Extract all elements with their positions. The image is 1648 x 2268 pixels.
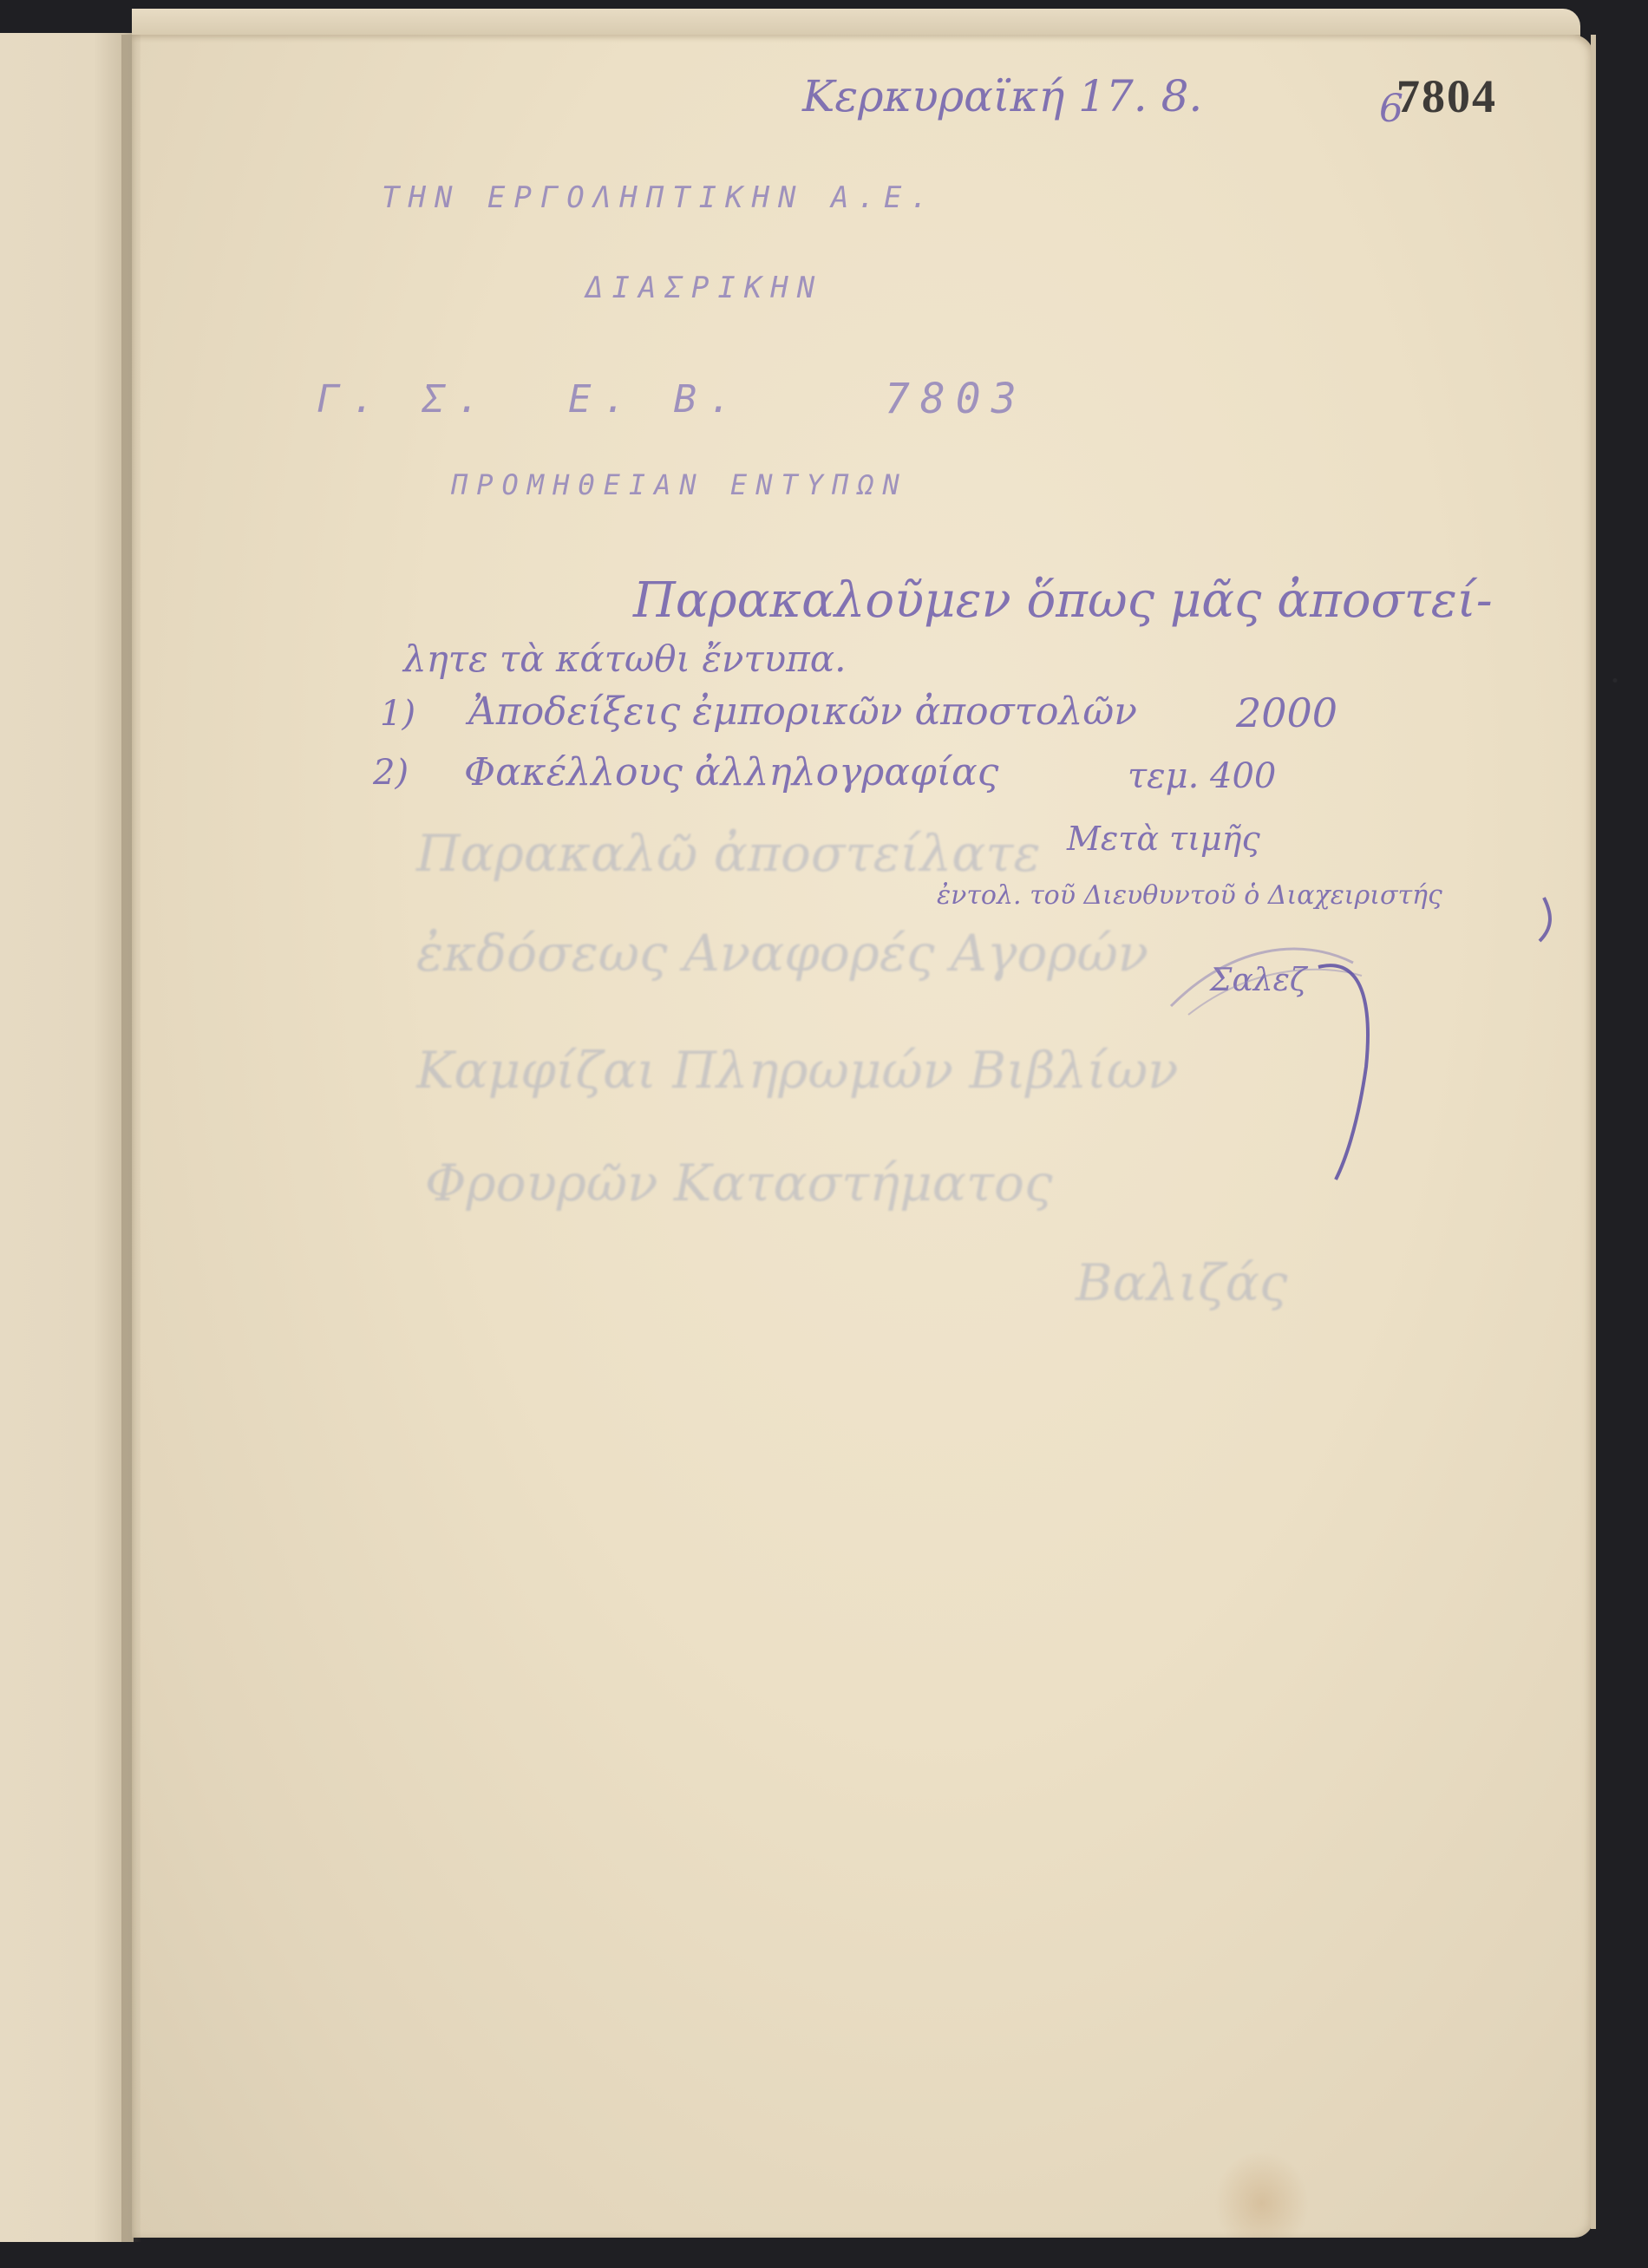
book-gutter — [121, 35, 141, 2242]
left-page-strip — [0, 33, 134, 2242]
water-stain — [1214, 2151, 1310, 2238]
item-1-quantity: 2000 — [1236, 690, 1337, 736]
page-stack-edge-right — [1591, 35, 1596, 2229]
subject-line: ΠΡΟΜΗΘΕΙΑΝ ΕΝΤΥΠΩΝ — [451, 468, 908, 501]
body-line-2: λητε τὰ κάτωθι ἔντυπα. — [403, 637, 847, 680]
body-line-1: Παρακαλοῦμεν ὅπως μᾶς ἀποστεί- — [633, 572, 1493, 629]
bleed-through-line: Καμφίζαι Πληρωμών Βιβλίων — [416, 1041, 1178, 1100]
closing-line: Μετὰ τιμῆς — [1067, 820, 1260, 858]
reference-center: Ε. Β. — [568, 377, 743, 422]
bleed-through-line: Φρουρῶν Καταστήματος — [425, 1154, 1052, 1212]
item-2-marker: 2) — [373, 753, 409, 793]
bleed-through-line: Παρακαλῶ ἀποστείλατε — [416, 824, 1041, 883]
department: ΔΙΑΣΡΙΚΗΝ — [585, 271, 823, 305]
signature-name: Σαλεζ — [1210, 963, 1306, 998]
page-stack-edge-top — [132, 9, 1580, 36]
item-2-quantity: τεμ. 400 — [1128, 756, 1276, 796]
signatory-title: ἐντολ. τοῦ Διευθυντοῦ ὁ Διαχειριστής — [937, 880, 1442, 911]
item-1-text: Ἀποδείξεις ἐμπορικῶν ἀποστολῶν — [468, 690, 1137, 734]
page-number: 7804 — [1396, 69, 1497, 123]
reference-number: 7803 — [885, 375, 1027, 423]
item-1-marker: 1) — [380, 694, 415, 734]
document-page — [132, 35, 1593, 2238]
bleed-through-line: ἐκδόσεως Αναφορές Αγορών — [416, 924, 1148, 983]
reference-left: Γ. Σ. — [317, 377, 492, 422]
bleed-through-line: Βαλιζάς — [1076, 1253, 1287, 1312]
place-date: Κερκυραϊκή 17. 8. — [802, 71, 1202, 121]
item-2-text: Φακέλλους ἀλληλογραφίας — [464, 750, 998, 794]
addressee: ΤΗΝ ΕΡΓΟΛΗΠΤΙΚΗΝ Α.Ε. — [382, 180, 937, 215]
date-suffix: 6 — [1379, 87, 1403, 131]
